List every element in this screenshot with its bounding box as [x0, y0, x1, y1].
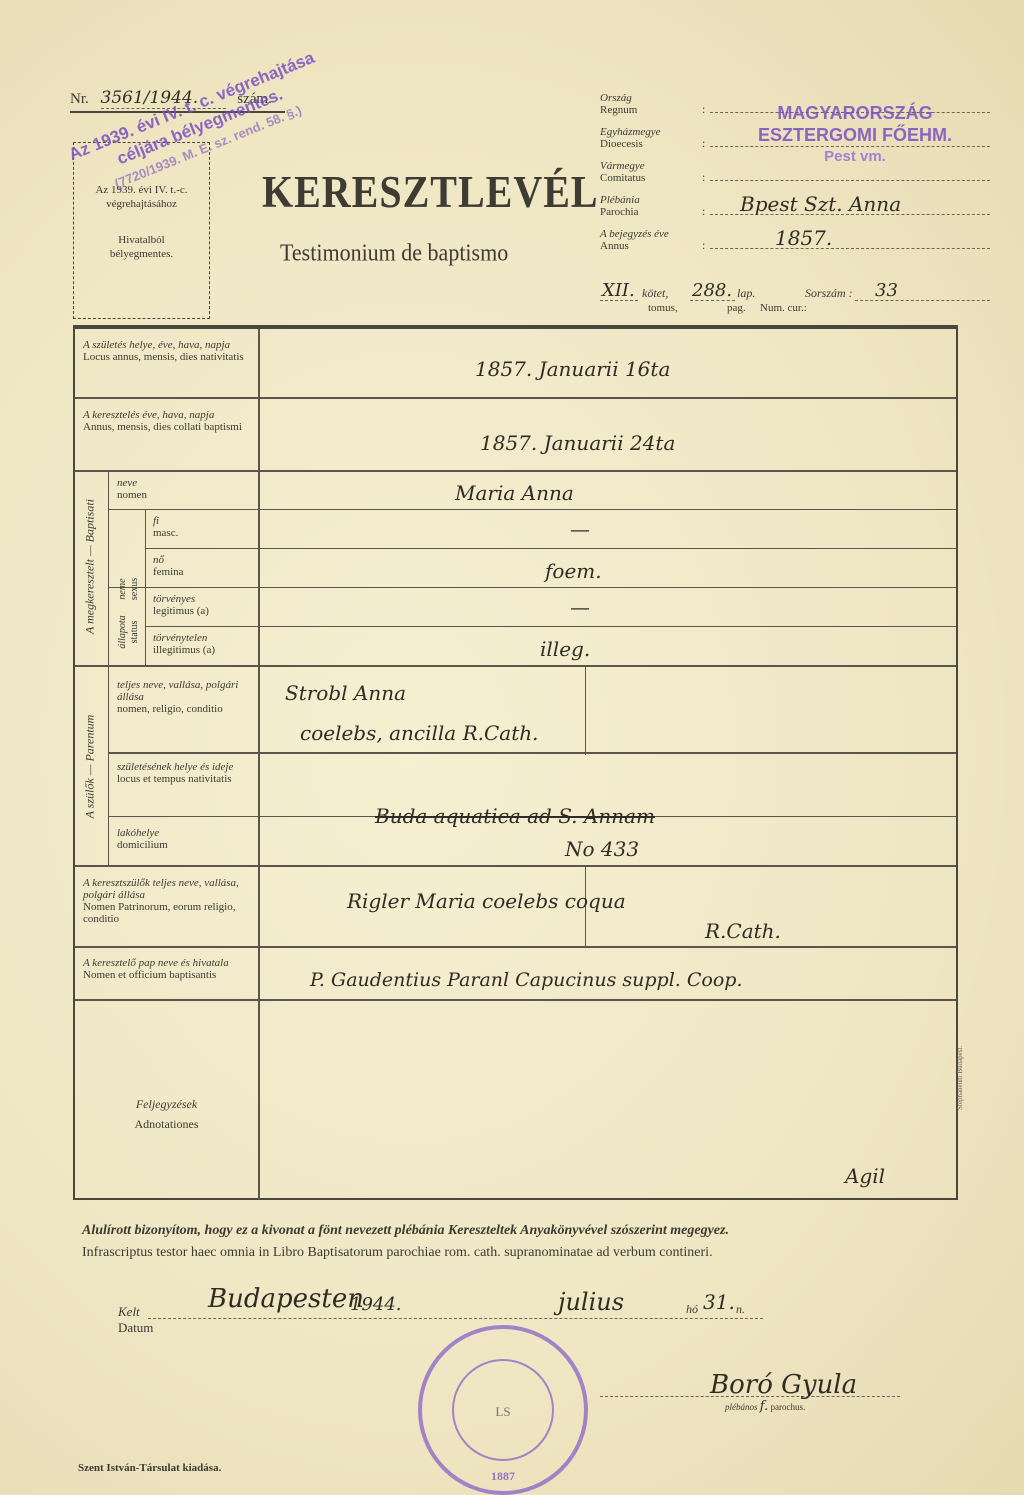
name-label-la: nomen: [117, 489, 147, 501]
legit-value: —: [570, 595, 590, 619]
priest-label: A keresztelő pap neve és hivatalaNomen e…: [83, 957, 258, 981]
residence-label: lakóhelyedomicilium: [117, 827, 168, 851]
signature-label: plébános: [725, 1402, 758, 1412]
page-title: KERESZTLEVÉL: [262, 164, 599, 218]
name-value: Maria Anna: [455, 481, 574, 505]
status-group-label: állapotastatus: [117, 602, 141, 662]
female-label-la: femina: [153, 566, 184, 578]
baptism-label-hu: A keresztelés éve, hava, napja: [83, 409, 214, 421]
date-month: julius: [558, 1288, 624, 1316]
meta-label-hu: A bejegyzés éve: [600, 228, 669, 240]
godparents-value: Rigler Maria coelebs coqua: [347, 889, 626, 913]
entry-year-value: 1857.: [775, 226, 832, 250]
sex-group-la: sexus: [129, 578, 140, 600]
status-group-hu: állapota: [117, 615, 128, 648]
parent-name-la: nomen, religio, conditio: [117, 703, 223, 715]
baptism-label: A keresztelés éve, hava, napjaAnnus, men…: [83, 409, 253, 433]
n-label: n.: [736, 1302, 745, 1317]
certification-hu: Alulírott bizonyítom, hogy ez a kivonat …: [82, 1220, 962, 1242]
meta-row-parish: PlébániaParochia : Bpest Szt. Anna: [600, 194, 990, 228]
parents-group-label: A szülők — Parentum: [83, 682, 98, 852]
priest-value: P. Gaudentius Paranl Capucinus suppl. Co…: [310, 969, 743, 991]
baptism-label-la: Annus, mensis, dies collati baptismi: [83, 421, 242, 433]
meta-label-hu: Plébánia: [600, 194, 640, 206]
meta-label-la: Annus: [600, 240, 629, 252]
legit-label: törvényeslegitimus (a): [153, 593, 209, 617]
name-label-hu: neve: [117, 477, 137, 489]
parent-condition-value: coelebs, ancilla R.Cath.: [300, 721, 539, 745]
sex-group-hu: neme: [117, 578, 128, 599]
serial-value: 33: [875, 280, 898, 301]
notes-value: Agil: [845, 1164, 885, 1188]
seal-ls: LS: [422, 1404, 584, 1420]
kelt-label: Kelt: [118, 1304, 140, 1320]
birth-value: 1857. Januarii 16ta: [475, 357, 670, 381]
male-label-hu: fi: [153, 515, 159, 527]
volume-page-serial: XII. kötet, tomus, 288. lap. pag. Sorszá…: [600, 284, 990, 318]
stamp-box-line3: Hivatalból: [74, 233, 209, 247]
datum-label: Datum: [118, 1320, 153, 1336]
notes-label: FeljegyzésekAdnotationes: [75, 1094, 258, 1134]
region-stamp-line2: ESZTERGOMI FŐEHM.: [720, 124, 990, 146]
birth-label-la: Locus annus, mensis, dies nativitatis: [83, 351, 244, 363]
illegit-label-hu: törvénytelen: [153, 632, 207, 644]
region-stamp-line1: MAGYARORSZÁG: [720, 102, 990, 124]
residence-value: Buda aquatica ad S. Annam: [375, 804, 655, 828]
birth-label: A születés helye, éve, hava, napjaLocus …: [83, 339, 253, 363]
page-label-la: pag.: [727, 302, 746, 314]
meta-label-hu: Ország: [600, 92, 632, 104]
residence-number: No 433: [565, 837, 639, 861]
signature-mark: f.: [760, 1399, 768, 1414]
page-value: 288.: [692, 280, 732, 301]
male-label: fimasc.: [153, 515, 178, 539]
region-stamp-line3: Pest vm.: [720, 146, 990, 168]
priest-la: Nomen et officium baptisantis: [83, 969, 216, 981]
date-year: 1944.: [350, 1294, 402, 1315]
priest-hu: A keresztelő pap neve és hivatala: [83, 957, 229, 969]
godparents-la: Nomen Patrinorum, eorum religio, conditi…: [83, 901, 235, 925]
parent-name-value: Strobl Anna: [285, 681, 406, 705]
parent-name-label: teljes neve, vallása, polgári állásanome…: [117, 679, 257, 715]
meta-label-la: Regnum: [600, 104, 637, 116]
parent-birth-label: születésének helye és idejelocus et temp…: [117, 761, 257, 785]
parent-birth-hu: születésének helye és ideje: [117, 761, 233, 773]
parish-value: Bpest Szt. Anna: [740, 192, 901, 216]
date-place: Budapesten: [208, 1284, 364, 1314]
certification-text: Alulírott bizonyítom, hogy ez a kivonat …: [82, 1220, 962, 1264]
parent-name-hu: teljes neve, vallása, polgári állása: [117, 679, 238, 703]
nr-label: Nr.: [70, 91, 89, 107]
female-value: foem.: [545, 559, 602, 583]
printer-imprint: Stephaneum Budapest.: [956, 1046, 964, 1110]
parish-seal: LS 1887: [418, 1325, 588, 1495]
male-label-la: masc.: [153, 527, 178, 539]
signature-block: Boró Gyula plébános f. parochus.: [600, 1370, 900, 1414]
female-label-hu: nő: [153, 554, 164, 566]
baptism-value: 1857. Januarii 24ta: [480, 431, 675, 455]
date-day: 31.: [703, 1290, 735, 1314]
residence-hu: lakóhelye: [117, 827, 159, 839]
godparents-religion: R.Cath.: [705, 919, 781, 943]
illegit-label: törvénytelenillegitimus (a): [153, 632, 215, 656]
legit-label-la: legitimus (a): [153, 605, 209, 617]
ho-label: hó: [686, 1302, 698, 1317]
name-label: nevenomen: [117, 477, 147, 501]
legit-label-hu: törvényes: [153, 593, 195, 605]
meta-label-hu: Egyházmegye: [600, 126, 660, 138]
godparents-label: A keresztszülők teljes neve, vallása, po…: [83, 877, 258, 925]
notes-hu: Feljegyzések: [136, 1097, 197, 1111]
status-group-la: status: [129, 621, 140, 644]
region-rubber-stamp: MAGYARORSZÁG ESZTERGOMI FŐEHM. Pest vm.: [720, 102, 990, 168]
parent-birth-la: locus et tempus nativitatis: [117, 773, 232, 785]
illegit-value: illeg.: [540, 637, 590, 661]
godparents-hu: A keresztszülők teljes neve, vallása, po…: [83, 877, 239, 901]
volume-label: kötet,: [642, 286, 668, 301]
serial-label-la: Num. cur.:: [760, 302, 807, 314]
volume-label-la: tomus,: [648, 302, 678, 314]
female-label: nőfemina: [153, 554, 184, 578]
meta-label-la: Parochia: [600, 206, 638, 218]
page-label: lap.: [737, 286, 755, 301]
meta-row-year: A bejegyzés éveAnnus : 1857.: [600, 228, 990, 262]
meta-label-hu: Vármegye: [600, 160, 645, 172]
page-subtitle: Testimonium de baptismo: [280, 239, 508, 268]
certification-la: Infrascriptus testor haec omnia in Libro…: [82, 1242, 962, 1264]
publisher-footer: Szent István-Társulat kiadása.: [78, 1462, 221, 1474]
residence-la: domicilium: [117, 839, 168, 851]
record-table: A születés helye, éve, hava, napjaLocus …: [73, 325, 958, 1200]
illegit-label-la: illegitimus (a): [153, 644, 215, 656]
issue-date: Kelt Datum Budapesten 1944. julius hó 31…: [118, 1280, 768, 1330]
volume-value: XII.: [602, 280, 635, 301]
notes-la: Adnotationes: [135, 1117, 199, 1131]
stamp-box-line4: bélyegmentes.: [74, 247, 209, 261]
birth-label-hu: A születés helye, éve, hava, napja: [83, 339, 230, 351]
serial-label: Sorszám :: [805, 286, 853, 301]
meta-label-la: Comitatus: [600, 172, 645, 184]
male-value: —: [570, 517, 590, 541]
meta-label-la: Dioecesis: [600, 138, 643, 150]
signature-label-la: parochus.: [770, 1402, 805, 1412]
registry-meta: OrszágRegnum : EgyházmegyeDioecesis : Vá…: [600, 92, 990, 262]
seal-year: 1887: [422, 1469, 584, 1484]
baptized-group-label: A megkeresztelt — Baptisati: [83, 482, 98, 652]
